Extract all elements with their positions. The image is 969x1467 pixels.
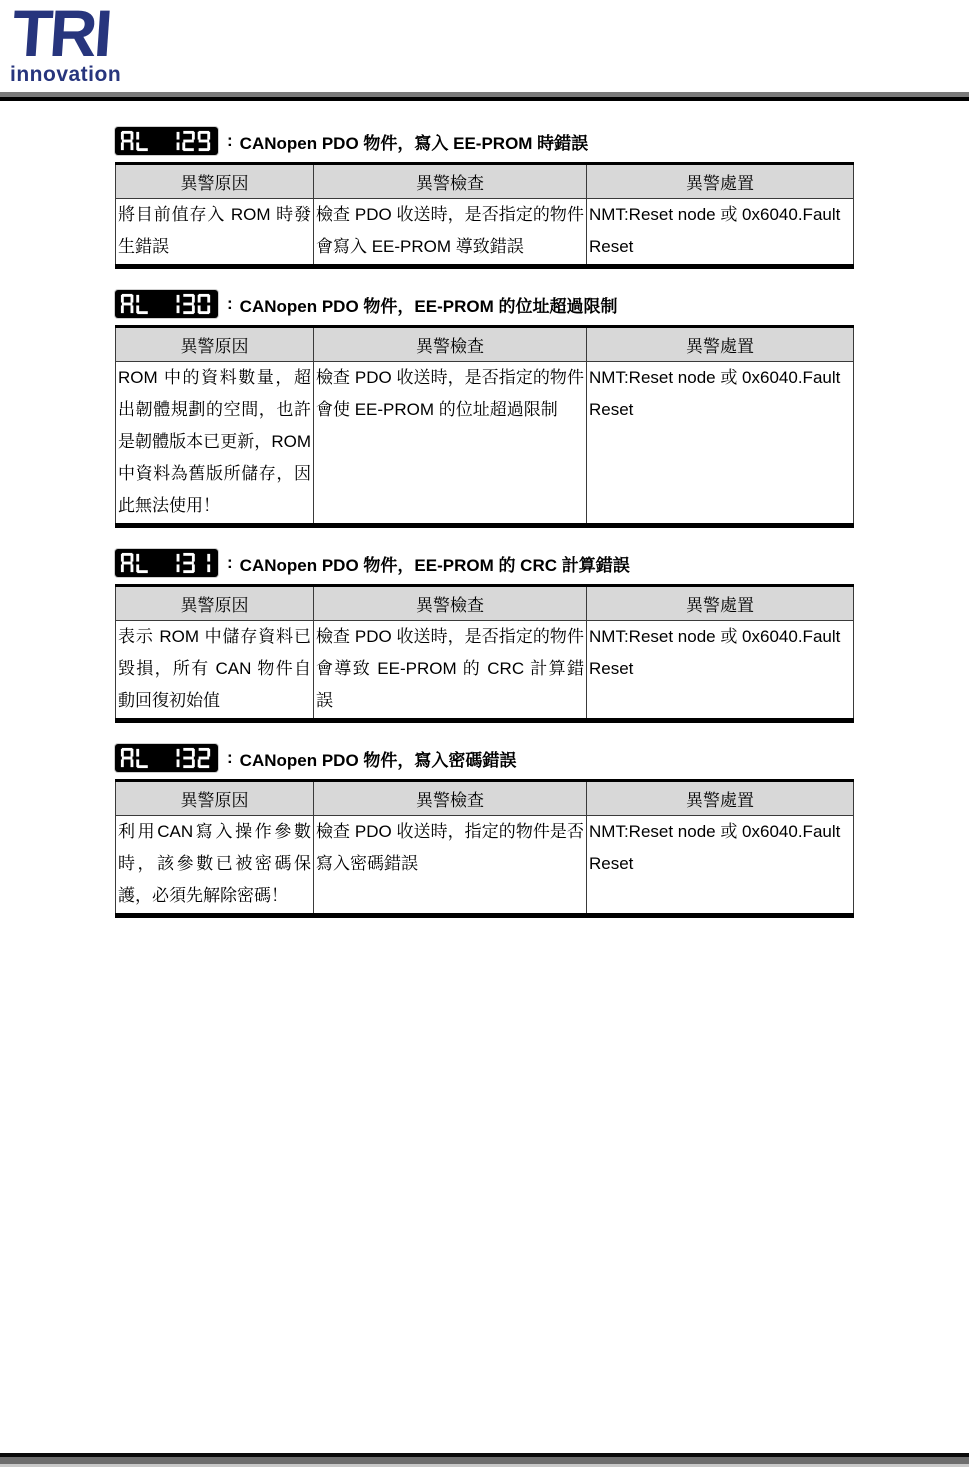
manual-page: TRI innovation : CANopen PDO 物件，寫入 EE-PR… <box>0 0 969 1467</box>
colon-separator: : <box>227 748 233 768</box>
col-header-action: 異警處置 <box>587 586 854 621</box>
alarm-title: CANopen PDO 物件，寫入 EE-PROM 時錯誤 <box>240 129 589 154</box>
table-row: ROM 中的資料數量，超出韌體規劃的空間，也許是韌體版本已更新，ROM 中資料為… <box>116 362 854 526</box>
colon-separator: : <box>227 294 233 314</box>
tri-logo: TRI innovation <box>10 0 121 85</box>
alarm-code-display <box>119 745 214 771</box>
col-header-cause: 異警原因 <box>116 781 314 816</box>
alarm-header: : CANopen PDO 物件，寫入密碼錯誤 <box>115 743 853 773</box>
col-header-action: 異警處置 <box>587 327 854 362</box>
action-cell: NMT:Reset node 或 0x6040.Fault Reset <box>587 362 854 526</box>
alarm-title: CANopen PDO 物件，寫入密碼錯誤 <box>240 746 517 771</box>
alarm-code-display <box>119 550 214 576</box>
table-header-row: 異警原因 異警檢查 異警處置 <box>116 327 854 362</box>
cause-cell: 表示 ROM 中儲存資料已毀損，所有 CAN 物件自動回復初始值 <box>116 621 314 721</box>
header-rule <box>0 92 969 101</box>
alarm-header: : CANopen PDO 物件，EE-PROM 的位址超過限制 <box>115 289 853 319</box>
seven-segment-badge <box>115 744 218 772</box>
alarm-code-display <box>119 128 214 154</box>
col-header-cause: 異警原因 <box>116 327 314 362</box>
col-header-check: 異警檢查 <box>314 164 587 199</box>
col-header-check: 異警檢查 <box>314 586 587 621</box>
colon-separator: : <box>227 131 233 151</box>
page-content: : CANopen PDO 物件，寫入 EE-PROM 時錯誤 異警原因 異警檢… <box>115 126 853 938</box>
table-header-row: 異警原因 異警檢查 異警處置 <box>116 781 854 816</box>
cause-cell: 將目前值存入 ROM 時發生錯誤 <box>116 199 314 267</box>
alarm-section-al130: : CANopen PDO 物件，EE-PROM 的位址超過限制 異警原因 異警… <box>115 289 853 528</box>
table-header-row: 異警原因 異警檢查 異警處置 <box>116 164 854 199</box>
alarm-title: CANopen PDO 物件，EE-PROM 的位址超過限制 <box>240 292 618 317</box>
col-header-action: 異警處置 <box>587 164 854 199</box>
tri-logo-brand: TRI <box>10 0 126 66</box>
alarm-table: 異警原因 異警檢查 異警處置 利用CAN寫入操作參數時，該參數已被密碼保護，必須… <box>115 779 854 918</box>
alarm-section-al129: : CANopen PDO 物件，寫入 EE-PROM 時錯誤 異警原因 異警檢… <box>115 126 853 269</box>
cause-cell: 利用CAN寫入操作參數時，該參數已被密碼保護，必須先解除密碼！ <box>116 816 314 916</box>
alarm-code-display <box>119 291 214 317</box>
alarm-header: : CANopen PDO 物件，EE-PROM 的 CRC 計算錯誤 <box>115 548 853 578</box>
seven-segment-badge <box>115 290 218 318</box>
table-row: 利用CAN寫入操作參數時，該參數已被密碼保護，必須先解除密碼！ 檢查 PDO 收… <box>116 816 854 916</box>
col-header-check: 異警檢查 <box>314 781 587 816</box>
check-cell: 檢查 PDO 收送時，是否指定的物件會寫入 EE-PROM 導致錯誤 <box>314 199 587 267</box>
seven-segment-badge <box>115 127 218 155</box>
footer-gray-bar <box>0 1457 969 1464</box>
alarm-table: 異警原因 異警檢查 異警處置 表示 ROM 中儲存資料已毀損，所有 CAN 物件… <box>115 584 854 723</box>
col-header-cause: 異警原因 <box>116 586 314 621</box>
alarm-section-al132: : CANopen PDO 物件，寫入密碼錯誤 異警原因 異警檢查 異警處置 利… <box>115 743 853 918</box>
alarm-table: 異警原因 異警檢查 異警處置 ROM 中的資料數量，超出韌體規劃的空間，也許是韌… <box>115 325 854 528</box>
action-cell: NMT:Reset node 或 0x6040.Fault Reset <box>587 816 854 916</box>
alarm-title: CANopen PDO 物件，EE-PROM 的 CRC 計算錯誤 <box>240 551 630 576</box>
footer-rule <box>0 1453 969 1467</box>
col-header-cause: 異警原因 <box>116 164 314 199</box>
table-row: 表示 ROM 中儲存資料已毀損，所有 CAN 物件自動回復初始值 檢查 PDO … <box>116 621 854 721</box>
colon-separator: : <box>227 553 233 573</box>
action-cell: NMT:Reset node 或 0x6040.Fault Reset <box>587 621 854 721</box>
table-row: 將目前值存入 ROM 時發生錯誤 檢查 PDO 收送時，是否指定的物件會寫入 E… <box>116 199 854 267</box>
seven-segment-badge <box>115 549 218 577</box>
check-cell: 檢查 PDO 收送時，指定的物件是否寫入密碼錯誤 <box>314 816 587 916</box>
alarm-section-al131: : CANopen PDO 物件，EE-PROM 的 CRC 計算錯誤 異警原因… <box>115 548 853 723</box>
check-cell: 檢查 PDO 收送時，是否指定的物件會導致 EE-PROM 的 CRC 計算錯誤 <box>314 621 587 721</box>
check-cell: 檢查 PDO 收送時，是否指定的物件會使 EE-PROM 的位址超過限制 <box>314 362 587 526</box>
col-header-action: 異警處置 <box>587 781 854 816</box>
col-header-check: 異警檢查 <box>314 327 587 362</box>
cause-cell: ROM 中的資料數量，超出韌體規劃的空間，也許是韌體版本已更新，ROM 中資料為… <box>116 362 314 526</box>
alarm-table: 異警原因 異警檢查 異警處置 將目前值存入 ROM 時發生錯誤 檢查 PDO 收… <box>115 162 854 269</box>
action-cell: NMT:Reset node 或 0x6040.Fault Reset <box>587 199 854 267</box>
table-header-row: 異警原因 異警檢查 異警處置 <box>116 586 854 621</box>
alarm-header: : CANopen PDO 物件，寫入 EE-PROM 時錯誤 <box>115 126 853 156</box>
